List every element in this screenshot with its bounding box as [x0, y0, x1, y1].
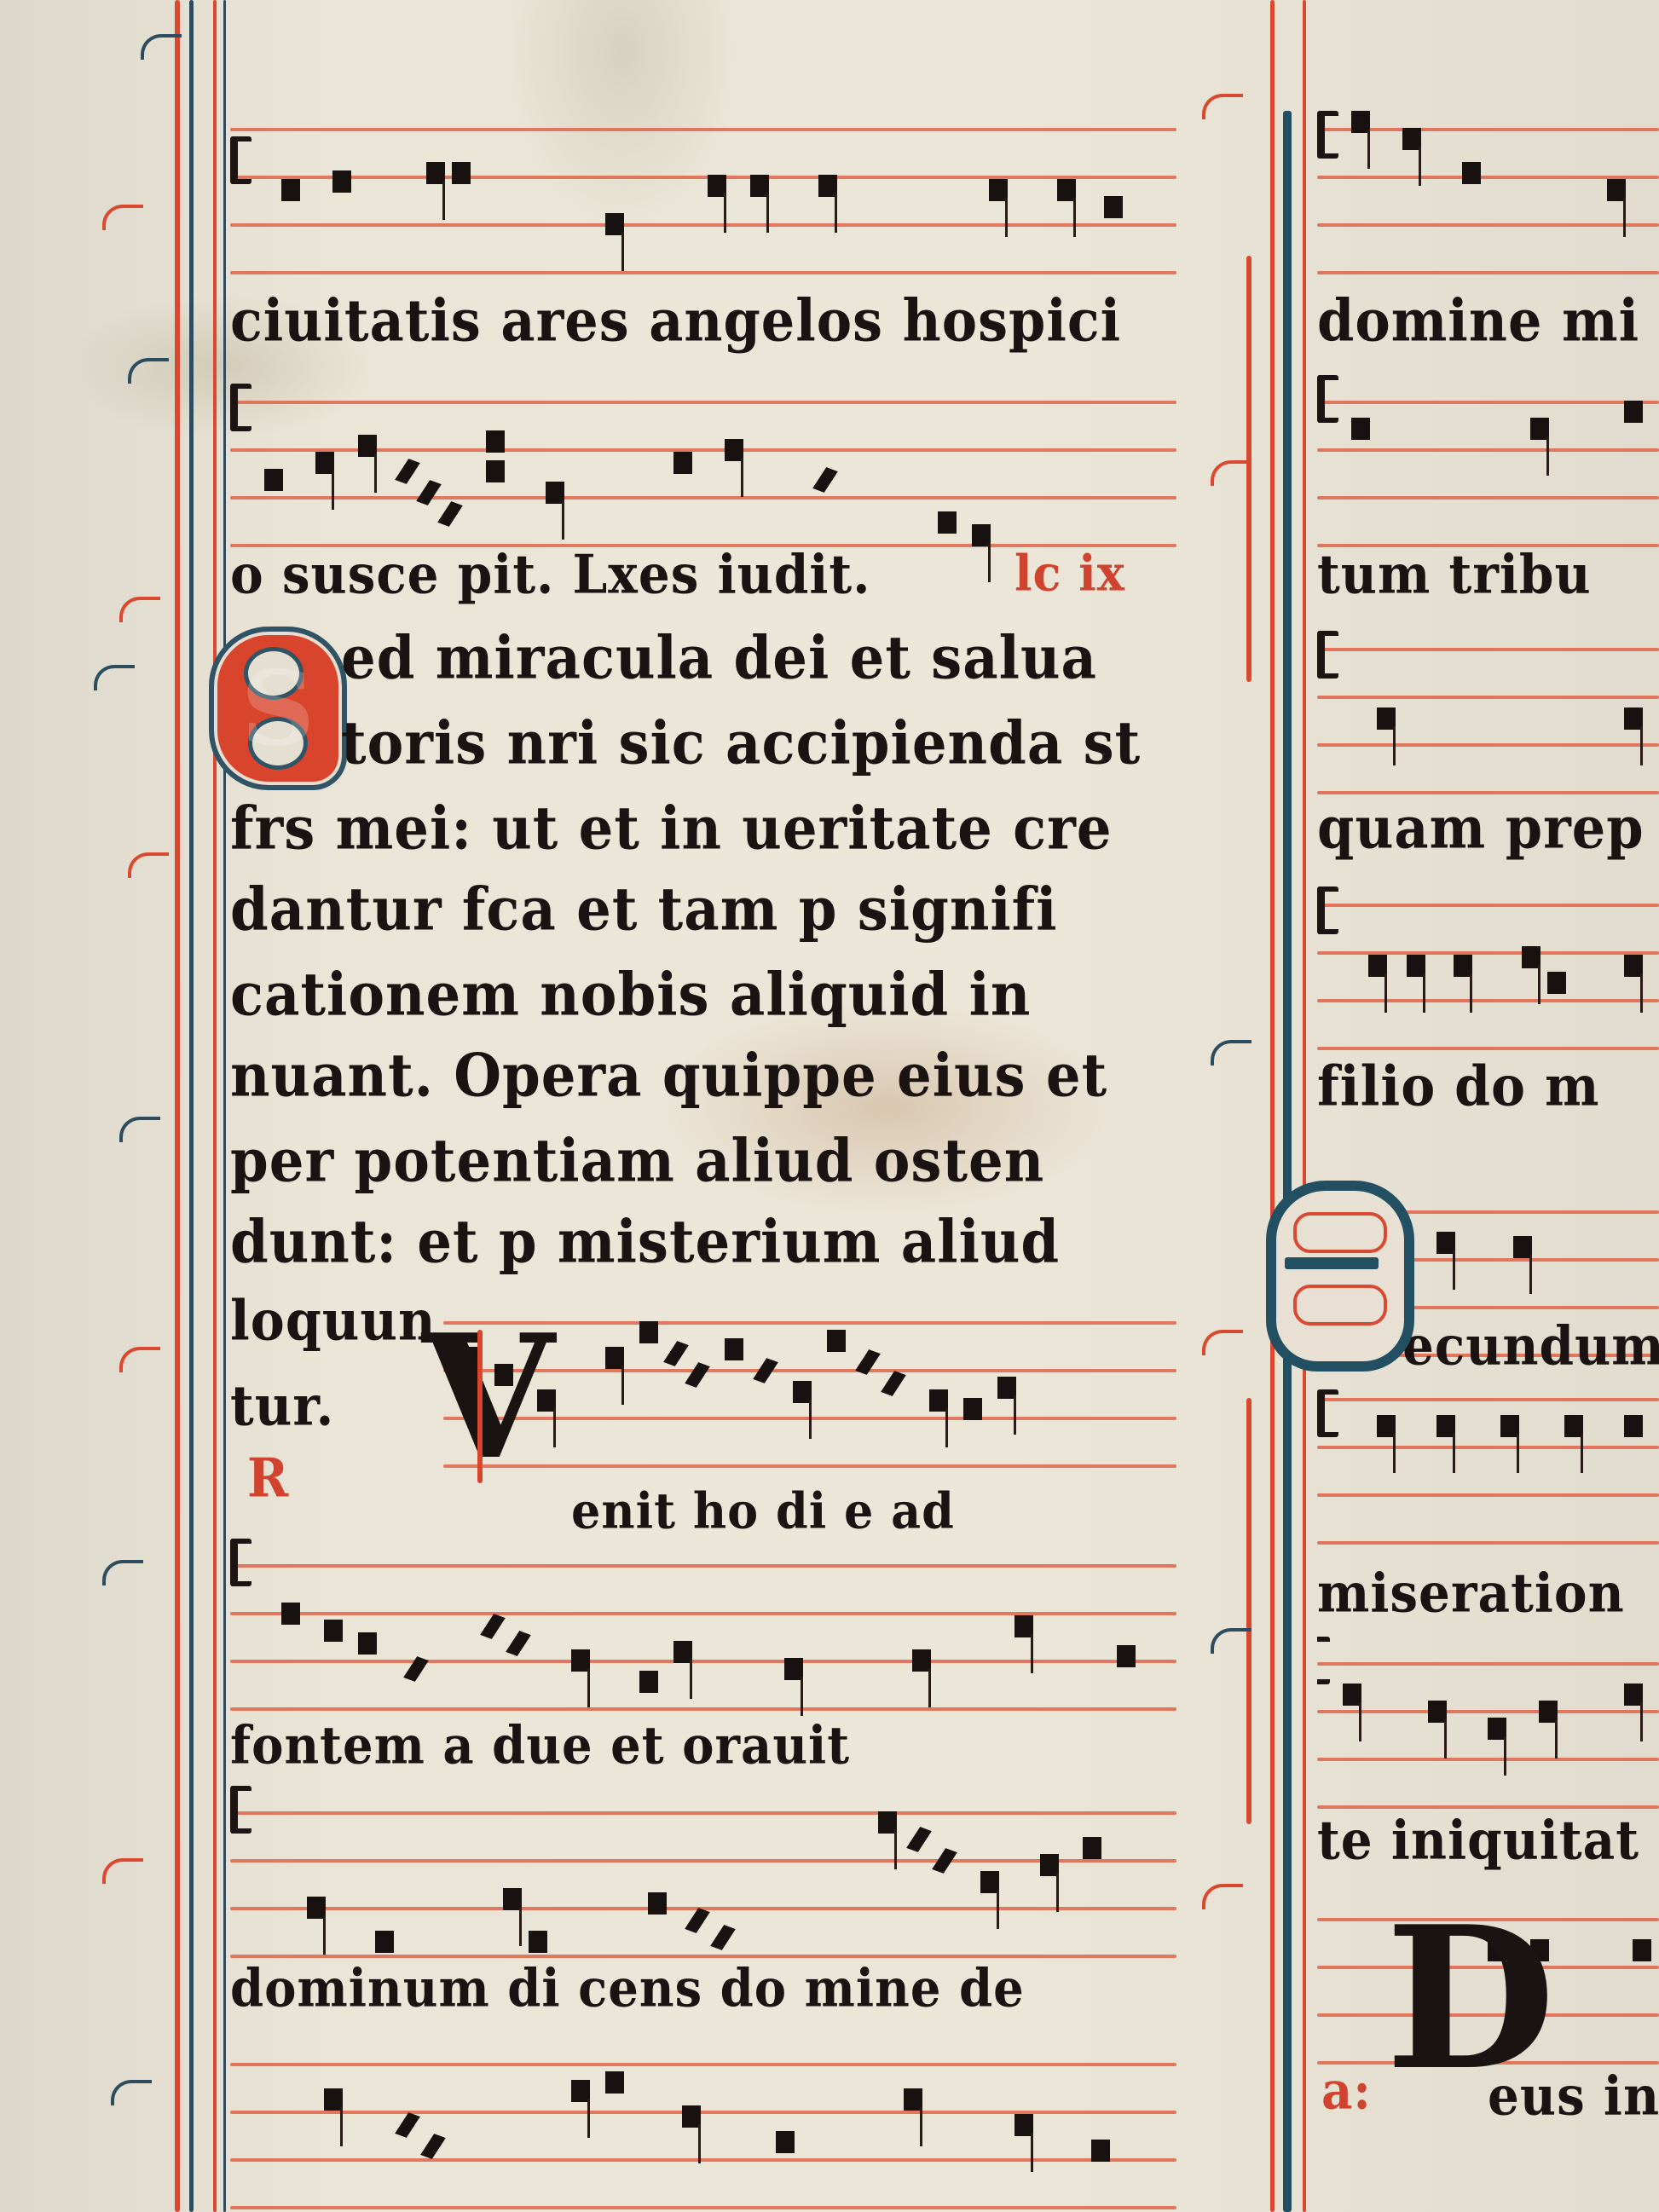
rubric-responsory-sign: R	[247, 1447, 289, 1509]
neume	[1547, 972, 1566, 994]
red-border-segment	[1246, 1398, 1251, 1824]
neume	[1436, 1232, 1455, 1254]
neume	[605, 213, 624, 235]
neume	[529, 1931, 547, 1953]
neume	[1377, 707, 1396, 730]
pen-flourish	[119, 1347, 160, 1372]
neume	[906, 1827, 932, 1852]
lyric-line: o susce pit. Lxes iudit.	[230, 543, 870, 605]
lyric-line: te iniquitat	[1317, 1809, 1639, 1871]
initial-red-filigree	[1293, 1285, 1387, 1325]
blue-border-rule-inner	[223, 0, 226, 2212]
neume	[1488, 1718, 1506, 1740]
neume	[395, 459, 420, 484]
neume	[416, 480, 442, 505]
neume	[1624, 955, 1643, 977]
c-clef-icon	[230, 1539, 251, 1586]
c-clef-icon	[1317, 1389, 1338, 1437]
pen-flourish	[1211, 1040, 1251, 1066]
lyric-line: eus in	[1488, 2065, 1659, 2127]
lyric-line: fontem a due et orauit	[230, 1715, 850, 1776]
neume	[1564, 1415, 1583, 1437]
neume	[997, 1377, 1016, 1399]
pen-flourish	[119, 597, 160, 622]
prose-line: dantur fca et tam p signifi	[230, 875, 1058, 944]
c-clef-icon	[1317, 1637, 1330, 1684]
c-clef-icon	[230, 1786, 251, 1834]
neume	[1522, 946, 1540, 968]
music-staff	[230, 1564, 1176, 1709]
neume	[685, 1908, 710, 1933]
neume	[682, 2105, 701, 2128]
music-staff	[1317, 1662, 1659, 1807]
red-border-rule-inner	[213, 0, 217, 2212]
pen-flourish	[1202, 1884, 1243, 1909]
neume	[1091, 2140, 1110, 2162]
neume	[452, 162, 471, 184]
music-staff	[230, 401, 1176, 546]
initial-crossbar	[1285, 1257, 1379, 1269]
prose-line: cationem nobis aliquid in	[230, 961, 1031, 1030]
neume	[1083, 1837, 1101, 1859]
neume	[486, 460, 505, 482]
neume	[332, 170, 351, 193]
neume	[1343, 1684, 1361, 1706]
music-staff	[1317, 648, 1659, 793]
red-border-rule	[175, 0, 180, 2212]
neume	[358, 1632, 377, 1655]
neume	[281, 1603, 300, 1625]
lyric-line: quam prep	[1317, 794, 1645, 862]
c-clef-icon	[1317, 111, 1338, 159]
neume	[750, 175, 769, 197]
neume	[1633, 1939, 1651, 1961]
neume	[437, 501, 463, 527]
right-column: domine mi tum tribu quam prep filio do m…	[1317, 0, 1659, 2212]
neume	[1428, 1701, 1447, 1723]
neume	[725, 1338, 743, 1360]
neume	[1351, 418, 1370, 440]
neume	[1368, 955, 1387, 977]
pen-flourish	[102, 1560, 143, 1585]
lyric-line: enit ho di e ad	[571, 1481, 955, 1539]
initial-red-stroke	[477, 1330, 483, 1483]
blue-border-rule	[189, 0, 194, 2212]
cadel-initial-v: V	[422, 1313, 554, 1483]
neume	[605, 1347, 624, 1369]
neume	[324, 1620, 343, 1642]
neume	[1500, 1415, 1519, 1437]
pen-flourish	[119, 1117, 160, 1142]
lyric-line: dominum di cens do mine de	[230, 1958, 1025, 2019]
prose-line: tur.	[230, 1374, 334, 1439]
neume	[663, 1341, 689, 1366]
neume	[1407, 955, 1425, 977]
neume	[480, 1614, 506, 1639]
prose-line: toris nri sic accipienda st	[341, 709, 1141, 778]
c-clef-icon	[1317, 887, 1338, 934]
neume	[1454, 955, 1472, 977]
music-staff	[230, 2063, 1176, 2208]
music-staff	[1317, 904, 1659, 1048]
neume	[571, 2080, 590, 2102]
pen-flourish	[94, 665, 135, 690]
neume	[506, 1631, 531, 1656]
neume	[1377, 1415, 1396, 1437]
neume	[324, 2088, 343, 2111]
music-staff	[1317, 128, 1659, 273]
pen-flourish	[1202, 94, 1243, 119]
neume	[1513, 1236, 1532, 1258]
lyric-line: domine mi	[1317, 287, 1639, 355]
neume	[1117, 1645, 1136, 1667]
prose-line: loquun	[230, 1289, 436, 1354]
c-clef-icon	[230, 136, 251, 184]
c-clef-icon	[1317, 631, 1338, 679]
neume	[725, 439, 743, 461]
neume	[1104, 196, 1123, 218]
neume	[708, 175, 726, 197]
prose-line: nuant. Opera quippe eius et	[230, 1042, 1107, 1111]
neume	[1462, 162, 1481, 184]
neume	[812, 467, 838, 493]
neume	[827, 1330, 846, 1352]
pen-flourish	[1202, 1330, 1243, 1355]
neume	[315, 452, 334, 474]
blue-border-rule	[1283, 111, 1292, 2212]
neume	[503, 1888, 522, 1910]
neume	[1539, 1701, 1558, 1723]
pen-flourish	[102, 1858, 143, 1884]
neume	[1402, 128, 1421, 150]
neume	[980, 1871, 999, 1893]
c-clef-icon	[1317, 375, 1338, 423]
neume	[963, 1398, 982, 1420]
neume	[793, 1381, 812, 1403]
neume	[486, 430, 505, 453]
prose-line: per potentiam aliud osten	[230, 1127, 1044, 1196]
decorated-initial-s: S	[209, 627, 347, 790]
neume	[264, 469, 283, 491]
music-staff	[230, 128, 1176, 273]
music-staff	[1317, 1398, 1659, 1543]
neume	[685, 1362, 710, 1388]
neume	[929, 1389, 948, 1412]
red-border-rule-inner	[1303, 0, 1306, 2212]
neume	[904, 2088, 922, 2111]
lyric-line: tum tribu	[1317, 543, 1592, 605]
music-staff	[230, 1811, 1176, 1956]
prose-line: ed miracula dei et salua	[341, 624, 1097, 693]
neume	[375, 1931, 394, 1953]
neume	[281, 179, 300, 201]
rubric-lection-number: lc ix	[1014, 543, 1125, 602]
music-staff	[1317, 401, 1659, 546]
pen-flourish	[1211, 1628, 1251, 1654]
neume	[776, 2131, 795, 2153]
neume	[358, 435, 377, 457]
left-column: ciuitatis ares angelos hospici o susce p…	[230, 0, 1176, 2212]
decorated-initial-s-blue: S	[1266, 1181, 1414, 1372]
neume	[1351, 111, 1370, 133]
prose-line: frs mei: ut et in ueritate cre	[230, 794, 1113, 863]
pen-flourish	[128, 358, 169, 384]
pen-flourish	[102, 205, 143, 230]
neume	[1014, 1615, 1033, 1637]
neume	[605, 2071, 624, 2094]
neume	[546, 482, 564, 504]
neume	[1624, 1415, 1643, 1437]
neume	[1057, 179, 1076, 201]
lyric-line: ecundum	[1402, 1314, 1659, 1377]
neume	[1530, 418, 1549, 440]
neume	[1436, 1415, 1455, 1437]
neume	[1014, 2114, 1033, 2136]
neume	[426, 162, 445, 184]
pen-flourish	[141, 34, 182, 60]
c-clef-icon	[230, 384, 251, 431]
pen-flourish	[128, 852, 169, 878]
prose-line: dunt: et p misterium aliud	[230, 1208, 1060, 1277]
rubric-antiphon-sign: a:	[1321, 2060, 1372, 2121]
neume	[912, 1649, 931, 1672]
neume	[1040, 1854, 1059, 1876]
lyric-line: miseration	[1317, 1562, 1625, 1624]
neume	[571, 1649, 590, 1672]
neume	[639, 1321, 658, 1343]
lyric-line: filio do m	[1317, 1054, 1599, 1119]
neume	[1624, 1684, 1643, 1706]
neume	[972, 524, 991, 546]
red-border-rule	[1270, 0, 1275, 2212]
initial-red-filigree	[1293, 1212, 1387, 1253]
neume	[673, 452, 692, 474]
neume	[307, 1897, 326, 1919]
neume	[881, 1371, 906, 1396]
pen-flourish	[111, 2080, 152, 2105]
neume	[710, 1925, 736, 1950]
neume	[648, 1892, 667, 1915]
neume	[938, 511, 957, 534]
neume	[1607, 179, 1626, 201]
lyric-line: ciuitatis ares angelos hospici	[230, 287, 1121, 355]
neume	[784, 1658, 803, 1680]
neume	[1624, 401, 1643, 423]
neume	[1624, 707, 1643, 730]
neume	[395, 2112, 420, 2138]
neume	[639, 1671, 658, 1693]
pen-flourish	[1211, 460, 1251, 486]
neume	[673, 1641, 692, 1663]
neume	[420, 2134, 446, 2159]
neume	[818, 175, 837, 197]
neume	[989, 179, 1008, 201]
neume	[878, 1811, 897, 1834]
